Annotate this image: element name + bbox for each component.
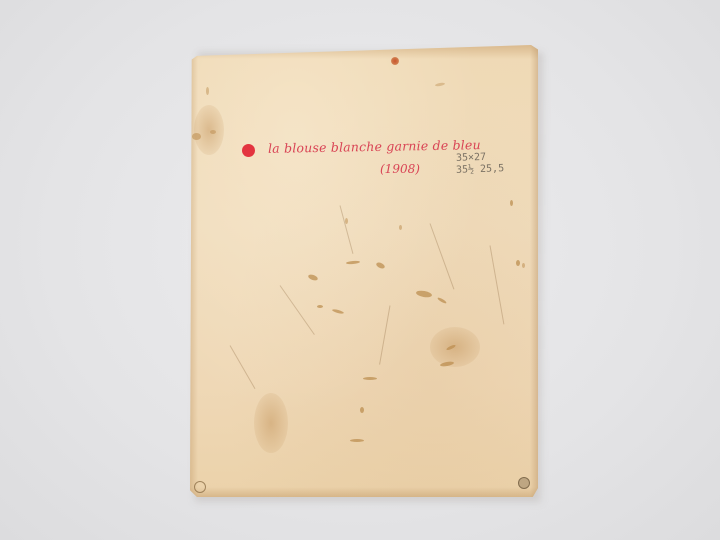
stain	[416, 290, 433, 299]
stain	[346, 260, 360, 264]
corner-mark	[194, 481, 206, 493]
artwork-year-inscription: (1908)	[380, 162, 420, 176]
stain	[435, 82, 445, 87]
water-stain	[194, 105, 224, 155]
scratch	[280, 285, 315, 335]
stain	[437, 297, 447, 305]
stain	[522, 263, 525, 268]
scratch	[340, 205, 354, 254]
artwork-title-inscription: la blouse blanche garnie de bleu	[268, 137, 481, 156]
scratch	[490, 245, 505, 324]
red-dot-marker	[242, 144, 255, 157]
stain	[307, 273, 318, 281]
scratch	[230, 345, 256, 389]
stain	[332, 308, 344, 314]
board-edge-right	[530, 45, 538, 497]
stain	[350, 439, 364, 442]
stain	[510, 200, 513, 206]
board-edge-bottom	[190, 487, 538, 497]
stain	[363, 377, 377, 380]
corner-mark	[518, 477, 530, 489]
stain	[399, 225, 402, 230]
stain	[317, 305, 323, 308]
scratch	[430, 223, 455, 289]
painting-board-back: la blouse blanche garnie de bleu (1908) …	[190, 45, 538, 497]
scratch	[379, 305, 390, 364]
water-stain	[254, 393, 288, 453]
pencil-dimensions: 35×27 35½ 25,5	[456, 152, 504, 176]
stain	[516, 260, 520, 266]
water-stain	[430, 327, 480, 367]
stain	[360, 407, 364, 413]
stain	[375, 261, 385, 269]
stain	[206, 87, 209, 95]
dimensions-line-2: 35½ 25,5	[456, 163, 505, 177]
red-spot-mark	[391, 57, 399, 65]
